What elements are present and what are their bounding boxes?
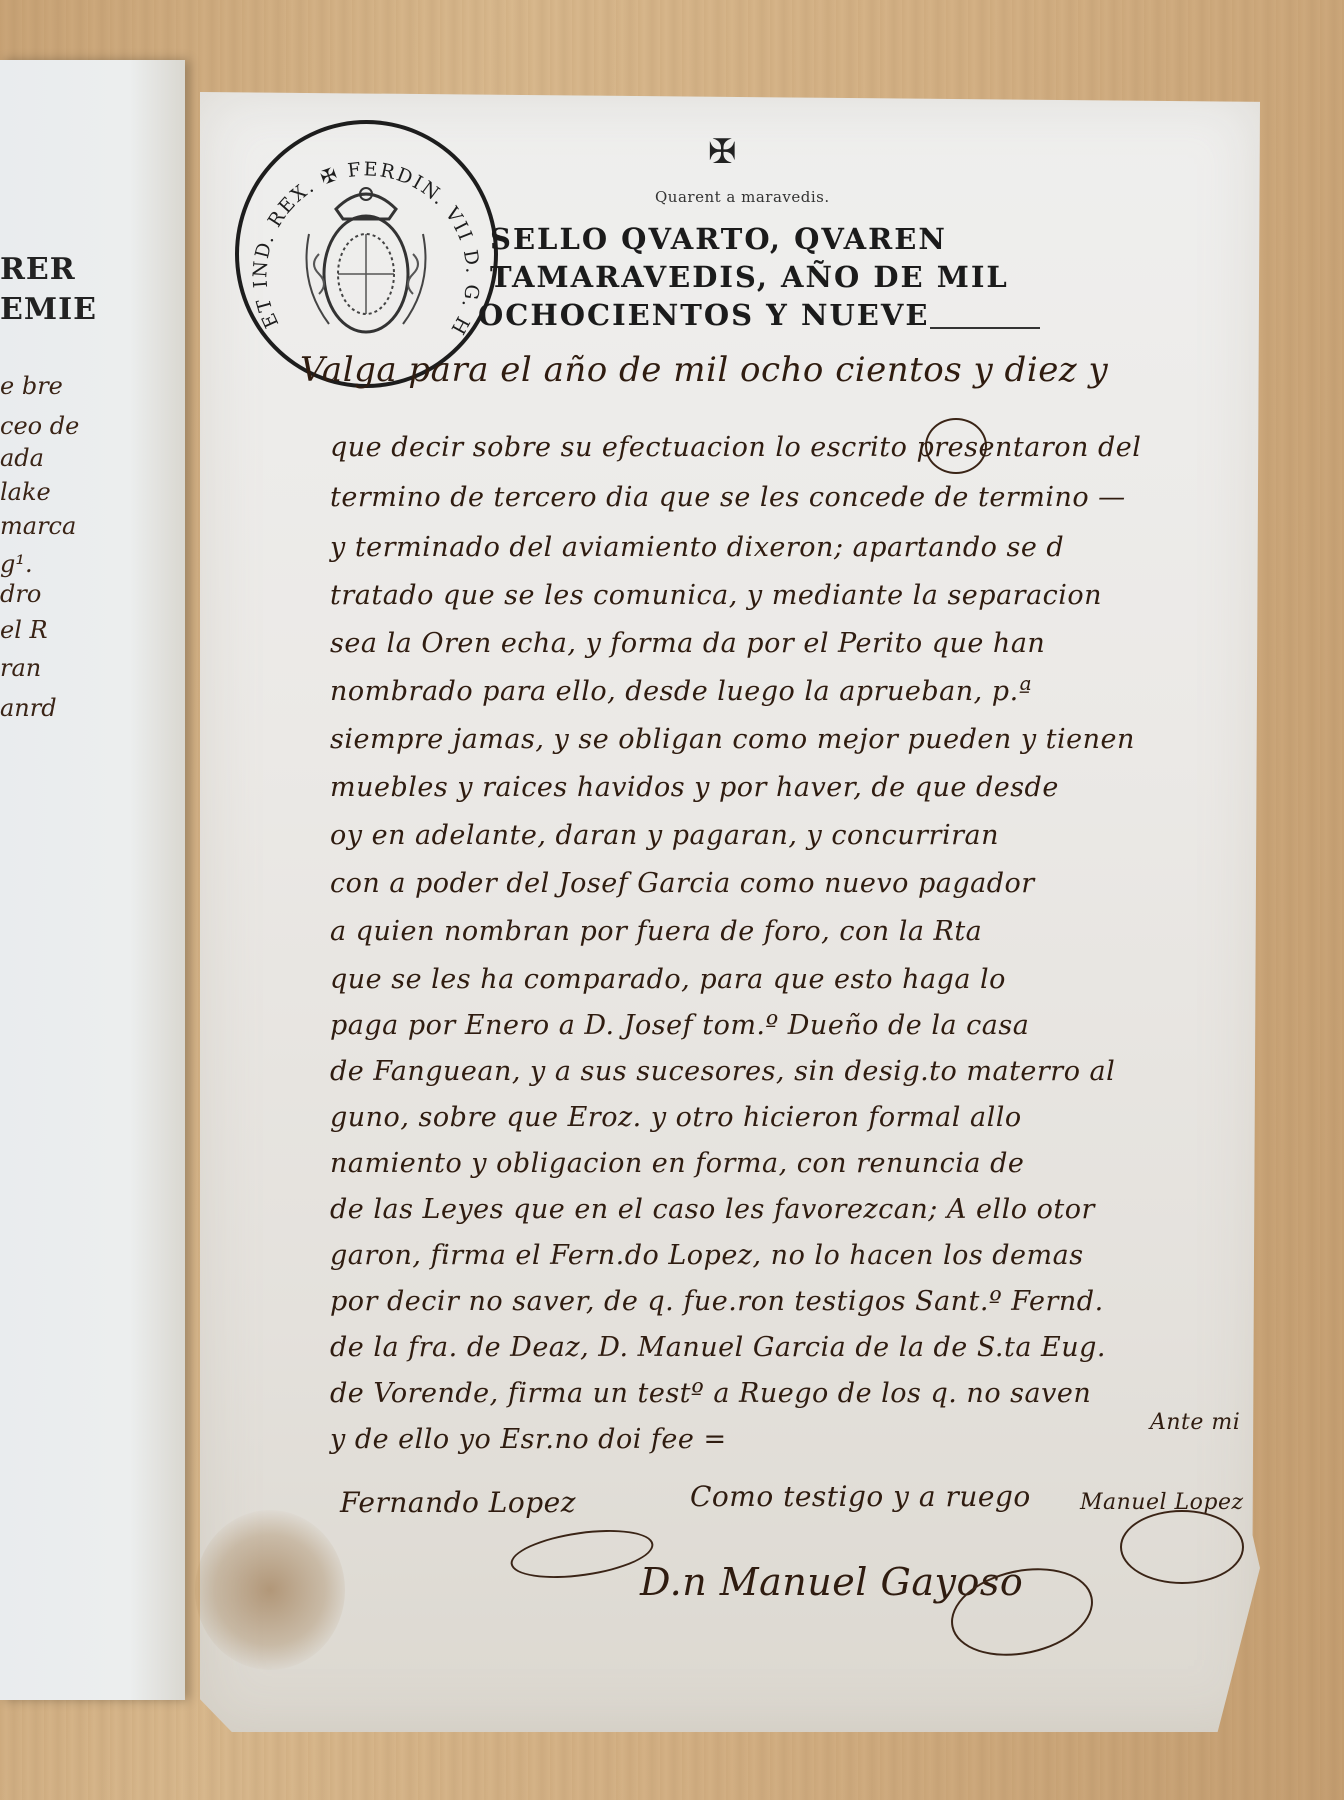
left-hand-fragment: e bre bbox=[0, 372, 63, 400]
left-hand-fragment: lake bbox=[0, 478, 51, 506]
manuscript-line: y de ello yo Esr.no doi fee = bbox=[330, 1424, 727, 1455]
manuscript-line: que decir sobre su efectuacion lo escrit… bbox=[330, 432, 1141, 463]
svg-text:ET IND. REX. ✠ FERDIN. VII D.: ET IND. REX. ✠ FERDIN. VII D. G. HISP bbox=[239, 124, 484, 340]
water-stain bbox=[195, 1510, 345, 1670]
stamp-header-line: OCHOCIENTOS Y NUEVE bbox=[478, 298, 929, 332]
manuscript-line: termino de tercero dia que se les conced… bbox=[330, 482, 1126, 513]
manuscript-heading: Valga para el año de mil ocho cientos y … bbox=[300, 350, 1108, 390]
manuscript-line: muebles y raices havidos y por haver, de… bbox=[330, 772, 1059, 803]
left-print-line: EMIE bbox=[0, 292, 97, 327]
left-hand-fragment: g¹. bbox=[0, 550, 33, 578]
manuscript-line: garon, firma el Fern.do Lopez, no lo hac… bbox=[330, 1240, 1084, 1271]
left-hand-fragment: ada bbox=[0, 444, 44, 472]
manuscript-line: a quien nombran por fuera de foro, con l… bbox=[330, 916, 982, 947]
left-hand-fragment: ceo de bbox=[0, 412, 79, 440]
left-hand-fragment: dro bbox=[0, 580, 41, 608]
manuscript-line: nombrado para ello, desde luego la aprue… bbox=[330, 676, 1032, 707]
stamp-rule bbox=[930, 327, 1040, 329]
left-hand-fragment: ran bbox=[0, 654, 41, 682]
left-page: RER EMIE e bre ceo de ada lake marca g¹.… bbox=[0, 60, 185, 1700]
manuscript-line: sea la Oren echa, y forma da por el Peri… bbox=[330, 628, 1045, 659]
manuscript-line: por decir no saver, de q. fue.ron testig… bbox=[330, 1286, 1104, 1317]
manuscript-line: que se les ha comparado, para que esto h… bbox=[330, 964, 1006, 995]
left-hand-fragment: el R bbox=[0, 616, 48, 644]
stamp-value-line: Quarent a maravedis. bbox=[655, 188, 830, 206]
manuscript-line: y terminado del aviamiento dixeron; apar… bbox=[330, 532, 1064, 563]
signature-fernando-lopez: Fernando Lopez bbox=[340, 1486, 576, 1519]
witness-note: Como testigo y a ruego bbox=[690, 1480, 1031, 1513]
manuscript-line: paga por Enero a D. Josef tom.º Dueño de… bbox=[330, 1010, 1029, 1041]
manuscript-line: oy en adelante, daran y pagaran, y concu… bbox=[330, 820, 999, 851]
stamp-header-line: TAMARAVEDIS, AÑO DE MIL bbox=[490, 260, 1009, 294]
manuscript-line: de la fra. de Deaz, D. Manuel Garcia de … bbox=[330, 1332, 1106, 1363]
manuscript-line: de Vorende, firma un testº a Ruego de lo… bbox=[330, 1378, 1091, 1409]
cross-icon: ✠ bbox=[708, 132, 737, 172]
stamp-header-line: SELLO QVARTO, QVAREN bbox=[490, 222, 947, 256]
notary-rubric bbox=[1120, 1510, 1244, 1584]
manuscript-line: con a poder del Josef Garcia como nuevo … bbox=[330, 868, 1035, 899]
coat-of-arms-icon: ET IND. REX. ✠ FERDIN. VII D. G. HISP bbox=[239, 124, 494, 384]
left-print-line: RER bbox=[0, 252, 76, 287]
manuscript-line: de Fanguean, y a sus sucesores, sin desi… bbox=[330, 1056, 1115, 1087]
left-hand-fragment: marca bbox=[0, 512, 76, 540]
manuscript-line: de las Leyes que en el caso les favorezc… bbox=[330, 1194, 1095, 1225]
left-hand-fragment: anrd bbox=[0, 694, 57, 722]
manuscript-line: tratado que se les comunica, y mediante … bbox=[330, 580, 1102, 611]
manuscript-line: siempre jamas, y se obligan como mejor p… bbox=[330, 724, 1135, 755]
manuscript-line: namiento y obligacion en forma, con renu… bbox=[330, 1148, 1024, 1179]
royal-seal: ET IND. REX. ✠ FERDIN. VII D. G. HISP bbox=[235, 120, 498, 388]
ante-mi-note: Ante mi bbox=[1150, 1410, 1240, 1435]
manuscript-line: guno, sobre que Eroz. y otro hicieron fo… bbox=[330, 1102, 1022, 1133]
